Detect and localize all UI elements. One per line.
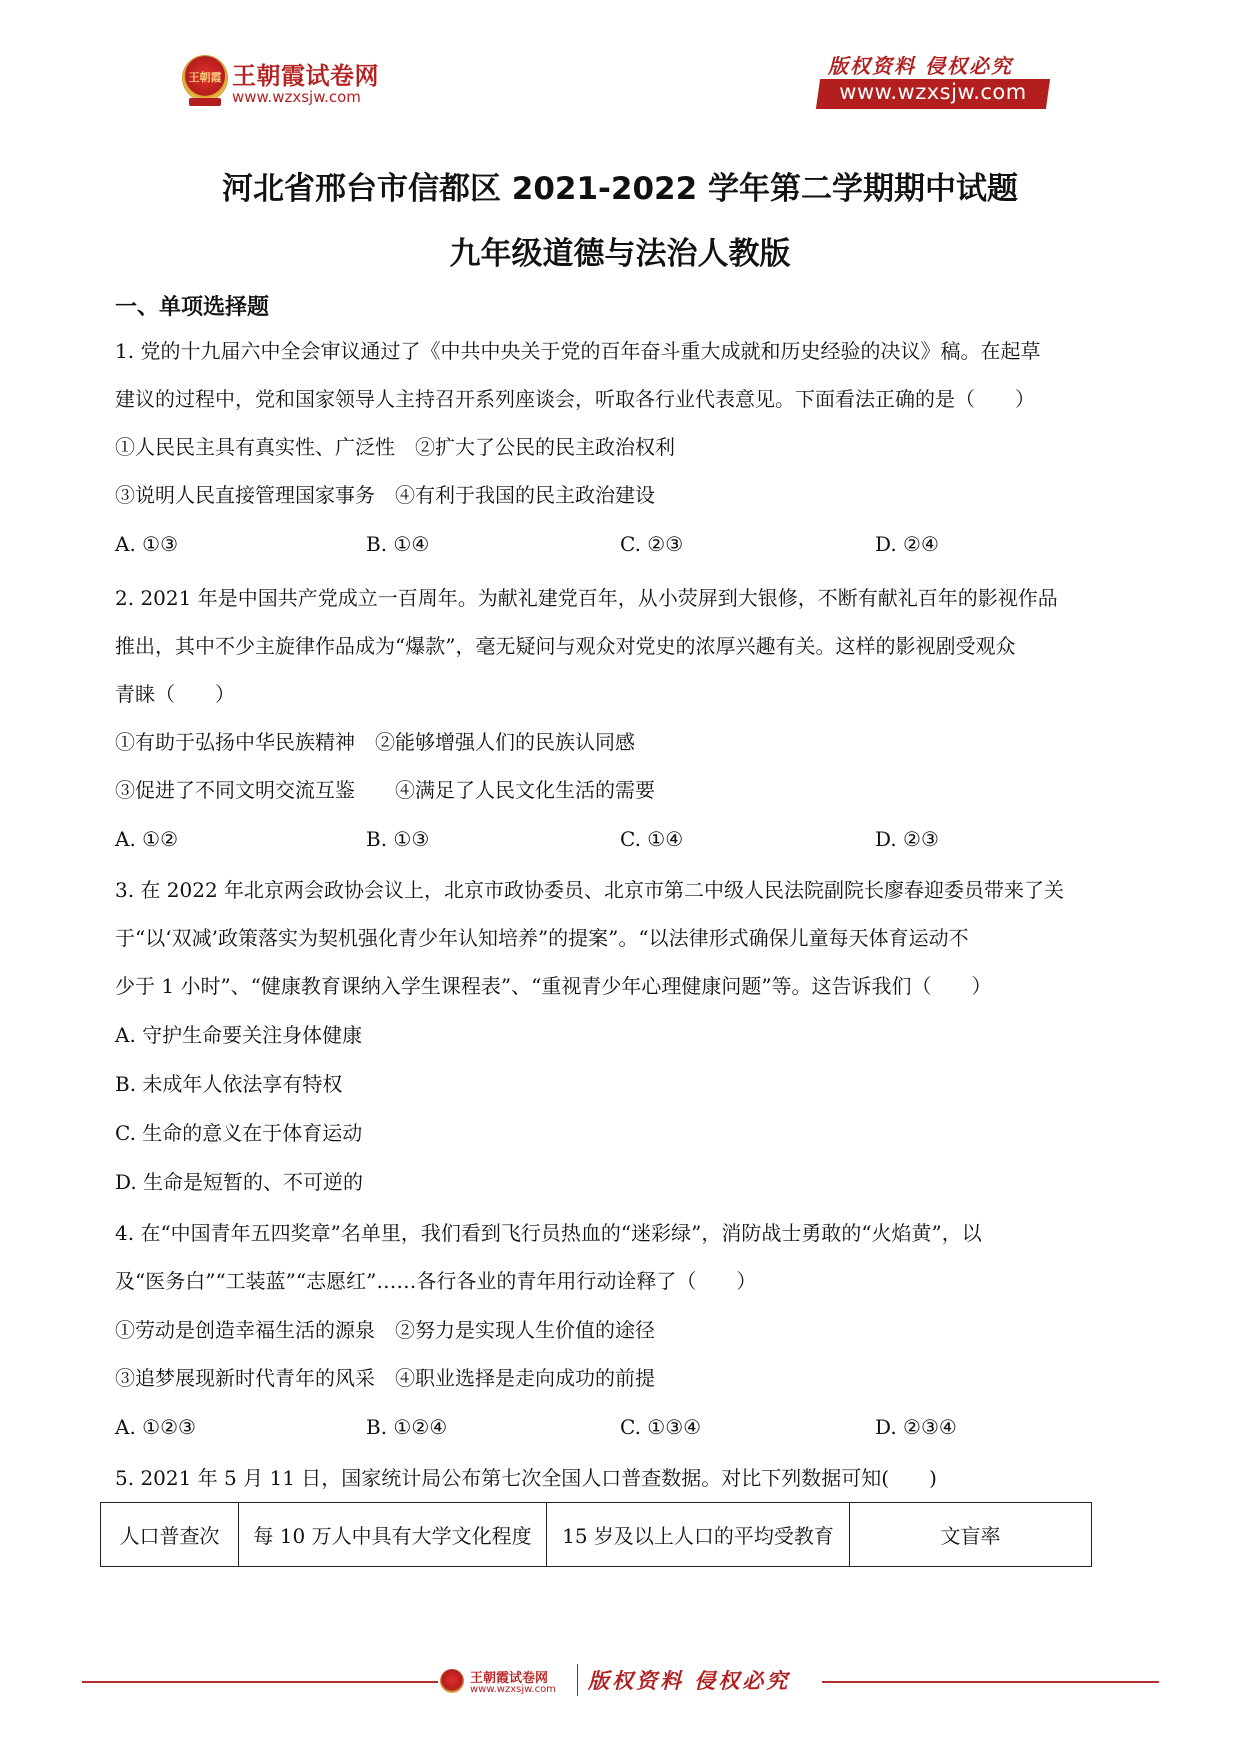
option-b[interactable]: B. ①③ [366, 826, 429, 852]
question-text: 5. 2021 年 5 月 11 日，国家统计局公布第七次全国人口普查数据。对比… [115, 1465, 937, 1491]
footer-site-url[interactable]: www.wzxsjw.com [470, 1684, 556, 1695]
option-c[interactable]: C. ①③④ [620, 1414, 701, 1440]
logo-glyph: 王朝霞 [183, 69, 227, 85]
statement-line: ③说明人民直接管理国家事务 ④有利于我国的民主政治建设 [115, 482, 655, 508]
table-header-cell: 15 岁及以上人口的平均受教育 [547, 1503, 850, 1567]
question-text: 于“以‘双减’政策落实为契机强化青少年认知培养”的提案”。“以法律形式确保儿童每… [115, 925, 969, 951]
url-banner-text[interactable]: www.wzxsjw.com [818, 80, 1048, 104]
table-header-row: 人口普查次 每 10 万人中具有大学文化程度 15 岁及以上人口的平均受教育 文… [101, 1503, 1092, 1567]
option-a[interactable]: A. ①② [115, 826, 178, 852]
option-c[interactable]: C. 生命的意义在于体育运动 [115, 1120, 362, 1146]
table-header-cell: 文盲率 [850, 1503, 1092, 1567]
option-d[interactable]: D. ②④ [875, 531, 939, 557]
section-heading: 一、单项选择题 [115, 290, 269, 321]
option-b[interactable]: B. ①④ [366, 531, 429, 557]
statement-line: ①劳动是创造幸福生活的源泉 ②努力是实现人生价值的途径 [115, 1317, 655, 1343]
option-d[interactable]: D. 生命是短暂的、不可逆的 [115, 1169, 363, 1195]
table-header-cell: 每 10 万人中具有大学文化程度 [239, 1503, 547, 1567]
question-text: 4. 在“中国青年五四奖章”名单里，我们看到飞行员热血的“迷彩绿”，消防战士勇敢… [115, 1220, 982, 1246]
site-logo-badge-icon: 王朝霞 [183, 56, 227, 100]
question-text: 推出，其中不少主旋律作品成为“爆款”，毫无疑问与观众对党史的浓厚兴趣有关。这样的… [115, 633, 1015, 659]
question-text: 青睐（ ） [115, 681, 235, 707]
option-a[interactable]: A. 守护生命要关注身体健康 [115, 1022, 362, 1048]
option-d[interactable]: D. ②③ [875, 826, 939, 852]
statement-line: ①人民民主具有真实性、广泛性 ②扩大了公民的民主政治权利 [115, 434, 675, 460]
question-text: 少于 1 小时”、“健康教育课纳入学生课程表”、“重视青少年心理健康问题”等。这… [115, 973, 992, 999]
question-text: 建议的过程中，党和国家领导人主持召开系列座谈会，听取各行业代表意见。下面看法正确… [115, 386, 1035, 412]
statement-line: ③追梦展现新时代青年的风采 ④职业选择是走向成功的前提 [115, 1365, 655, 1391]
footer-divider-left [82, 1681, 438, 1683]
footer-logo-badge-icon [440, 1669, 464, 1693]
option-a[interactable]: A. ①②③ [115, 1414, 196, 1440]
question-text: 2. 2021 年是中国共产党成立一百周年。为献礼建党百年，从小荧屏到大银修，不… [115, 585, 1058, 611]
table-header-cell: 人口普查次 [101, 1503, 239, 1567]
question-text: 3. 在 2022 年北京两会政协会议上，北京市政协委员、北京市第二中级人民法院… [115, 877, 1064, 903]
document-subtitle: 九年级道德与法治人教版 [0, 228, 1240, 273]
option-b[interactable]: B. ①②④ [366, 1414, 447, 1440]
option-b[interactable]: B. 未成年人依法享有特权 [115, 1071, 342, 1097]
footer-copyright-notice: 版权资料 侵权必究 [588, 1665, 790, 1695]
option-d[interactable]: D. ②③④ [875, 1414, 957, 1440]
option-a[interactable]: A. ①③ [115, 531, 178, 557]
document-title: 河北省邢台市信都区 2021-2022 学年第二学期期中试题 [0, 163, 1240, 208]
option-c[interactable]: C. ①④ [620, 826, 683, 852]
question-text: 1. 党的十九届六中全会审议通过了《中共中央关于党的百年奋斗重大成就和历史经验的… [115, 338, 1040, 364]
site-name: 王朝霞试卷网 [232, 56, 379, 91]
footer-divider-right [822, 1681, 1159, 1683]
census-data-table: 人口普查次 每 10 万人中具有大学文化程度 15 岁及以上人口的平均受教育 文… [100, 1502, 1092, 1567]
site-url[interactable]: www.wzxsjw.com [232, 88, 361, 106]
copyright-notice: 版权资料 侵权必究 [828, 50, 1013, 79]
statement-line: ③促进了不同文明交流互鉴 ④满足了人民文化生活的需要 [115, 777, 655, 803]
question-text: 及“医务白”“工装蓝”“志愿红”……各行各业的青年用行动诠释了（ ） [115, 1268, 756, 1294]
statement-line: ①有助于弘扬中华民族精神 ②能够增强人们的民族认同感 [115, 729, 635, 755]
footer-separator [577, 1664, 578, 1696]
option-c[interactable]: C. ②③ [620, 531, 683, 557]
